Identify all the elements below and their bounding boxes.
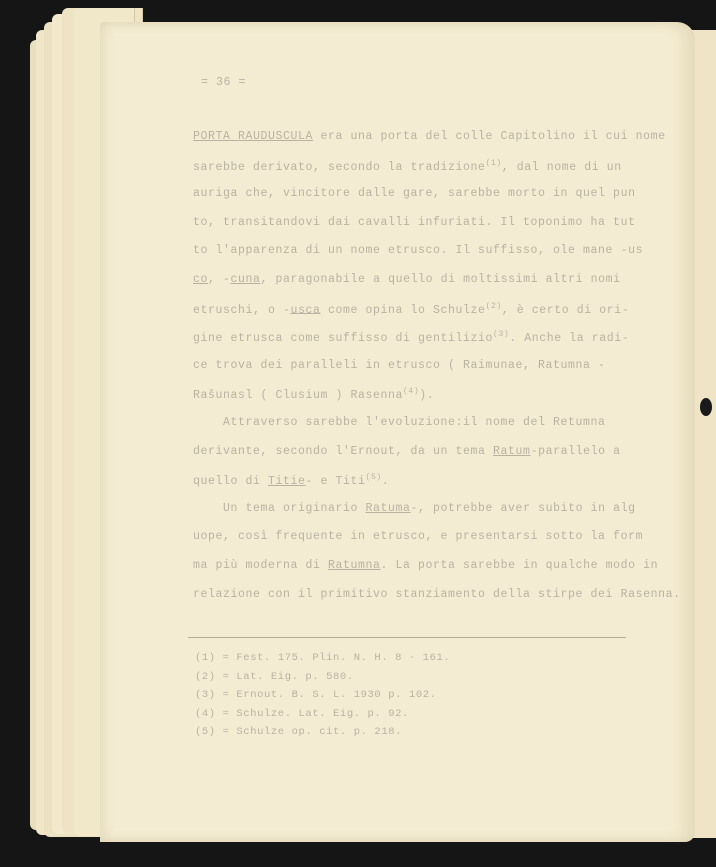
footnote: (3) = Ernout. B. S. L. 1930 p. 102. xyxy=(195,689,437,701)
text-line: Un tema originario Ratuma-, potrebbe ave… xyxy=(193,502,636,515)
text-line: to, transitandovi dai cavalli infuriati.… xyxy=(193,216,636,229)
text-line: Rašunasl ( Clusium ) Rasenna(4)). xyxy=(193,387,434,402)
text-line: to l'apparenza di un nome etrusco. Il su… xyxy=(193,244,643,257)
text-line: auriga che, vincitore dalle gare, sarebb… xyxy=(193,187,636,200)
page-number: = 36 = xyxy=(201,76,246,89)
text-line: etruschi, o -usca come opina lo Schulze(… xyxy=(193,302,629,317)
text-line: Attraverso sarebbe l'evoluzione:il nome … xyxy=(193,416,606,429)
text-line: ce trova dei paralleli in etrusco ( Raim… xyxy=(193,359,606,372)
text-line: derivante, secondo l'Ernout, da un tema … xyxy=(193,445,621,458)
text-line: quello di Titie- e Titi(5). xyxy=(193,473,389,488)
text-line: PORTA RAUDUSCULA era una porta del colle… xyxy=(193,130,666,143)
footnote: (1) = Fest. 175. Plin. N. H. 8 - 161. xyxy=(195,652,450,664)
footnote: (4) = Schulze. Lat. Eig. p. 92. xyxy=(195,708,409,720)
text-line: sarebbe derivato, secondo la tradizione(… xyxy=(193,159,622,174)
text-line: gine etrusca come suffisso di gentilizio… xyxy=(193,330,629,345)
footnote: (5) = Schulze op. cit. p. 218. xyxy=(195,726,402,738)
binder-clip xyxy=(700,398,712,416)
text-line: uope, così frequente in etrusco, e prese… xyxy=(193,530,643,543)
text-line: ma più moderna di Ratumna. La porta sare… xyxy=(193,559,658,572)
footnote-divider xyxy=(188,637,626,638)
footnote: (2) = Lat. Eig. p. 580. xyxy=(195,671,354,683)
text-line: co, -cuna, paragonabile a quello di molt… xyxy=(193,273,621,286)
text-line: relazione con il primitivo stanziamento … xyxy=(193,588,681,601)
